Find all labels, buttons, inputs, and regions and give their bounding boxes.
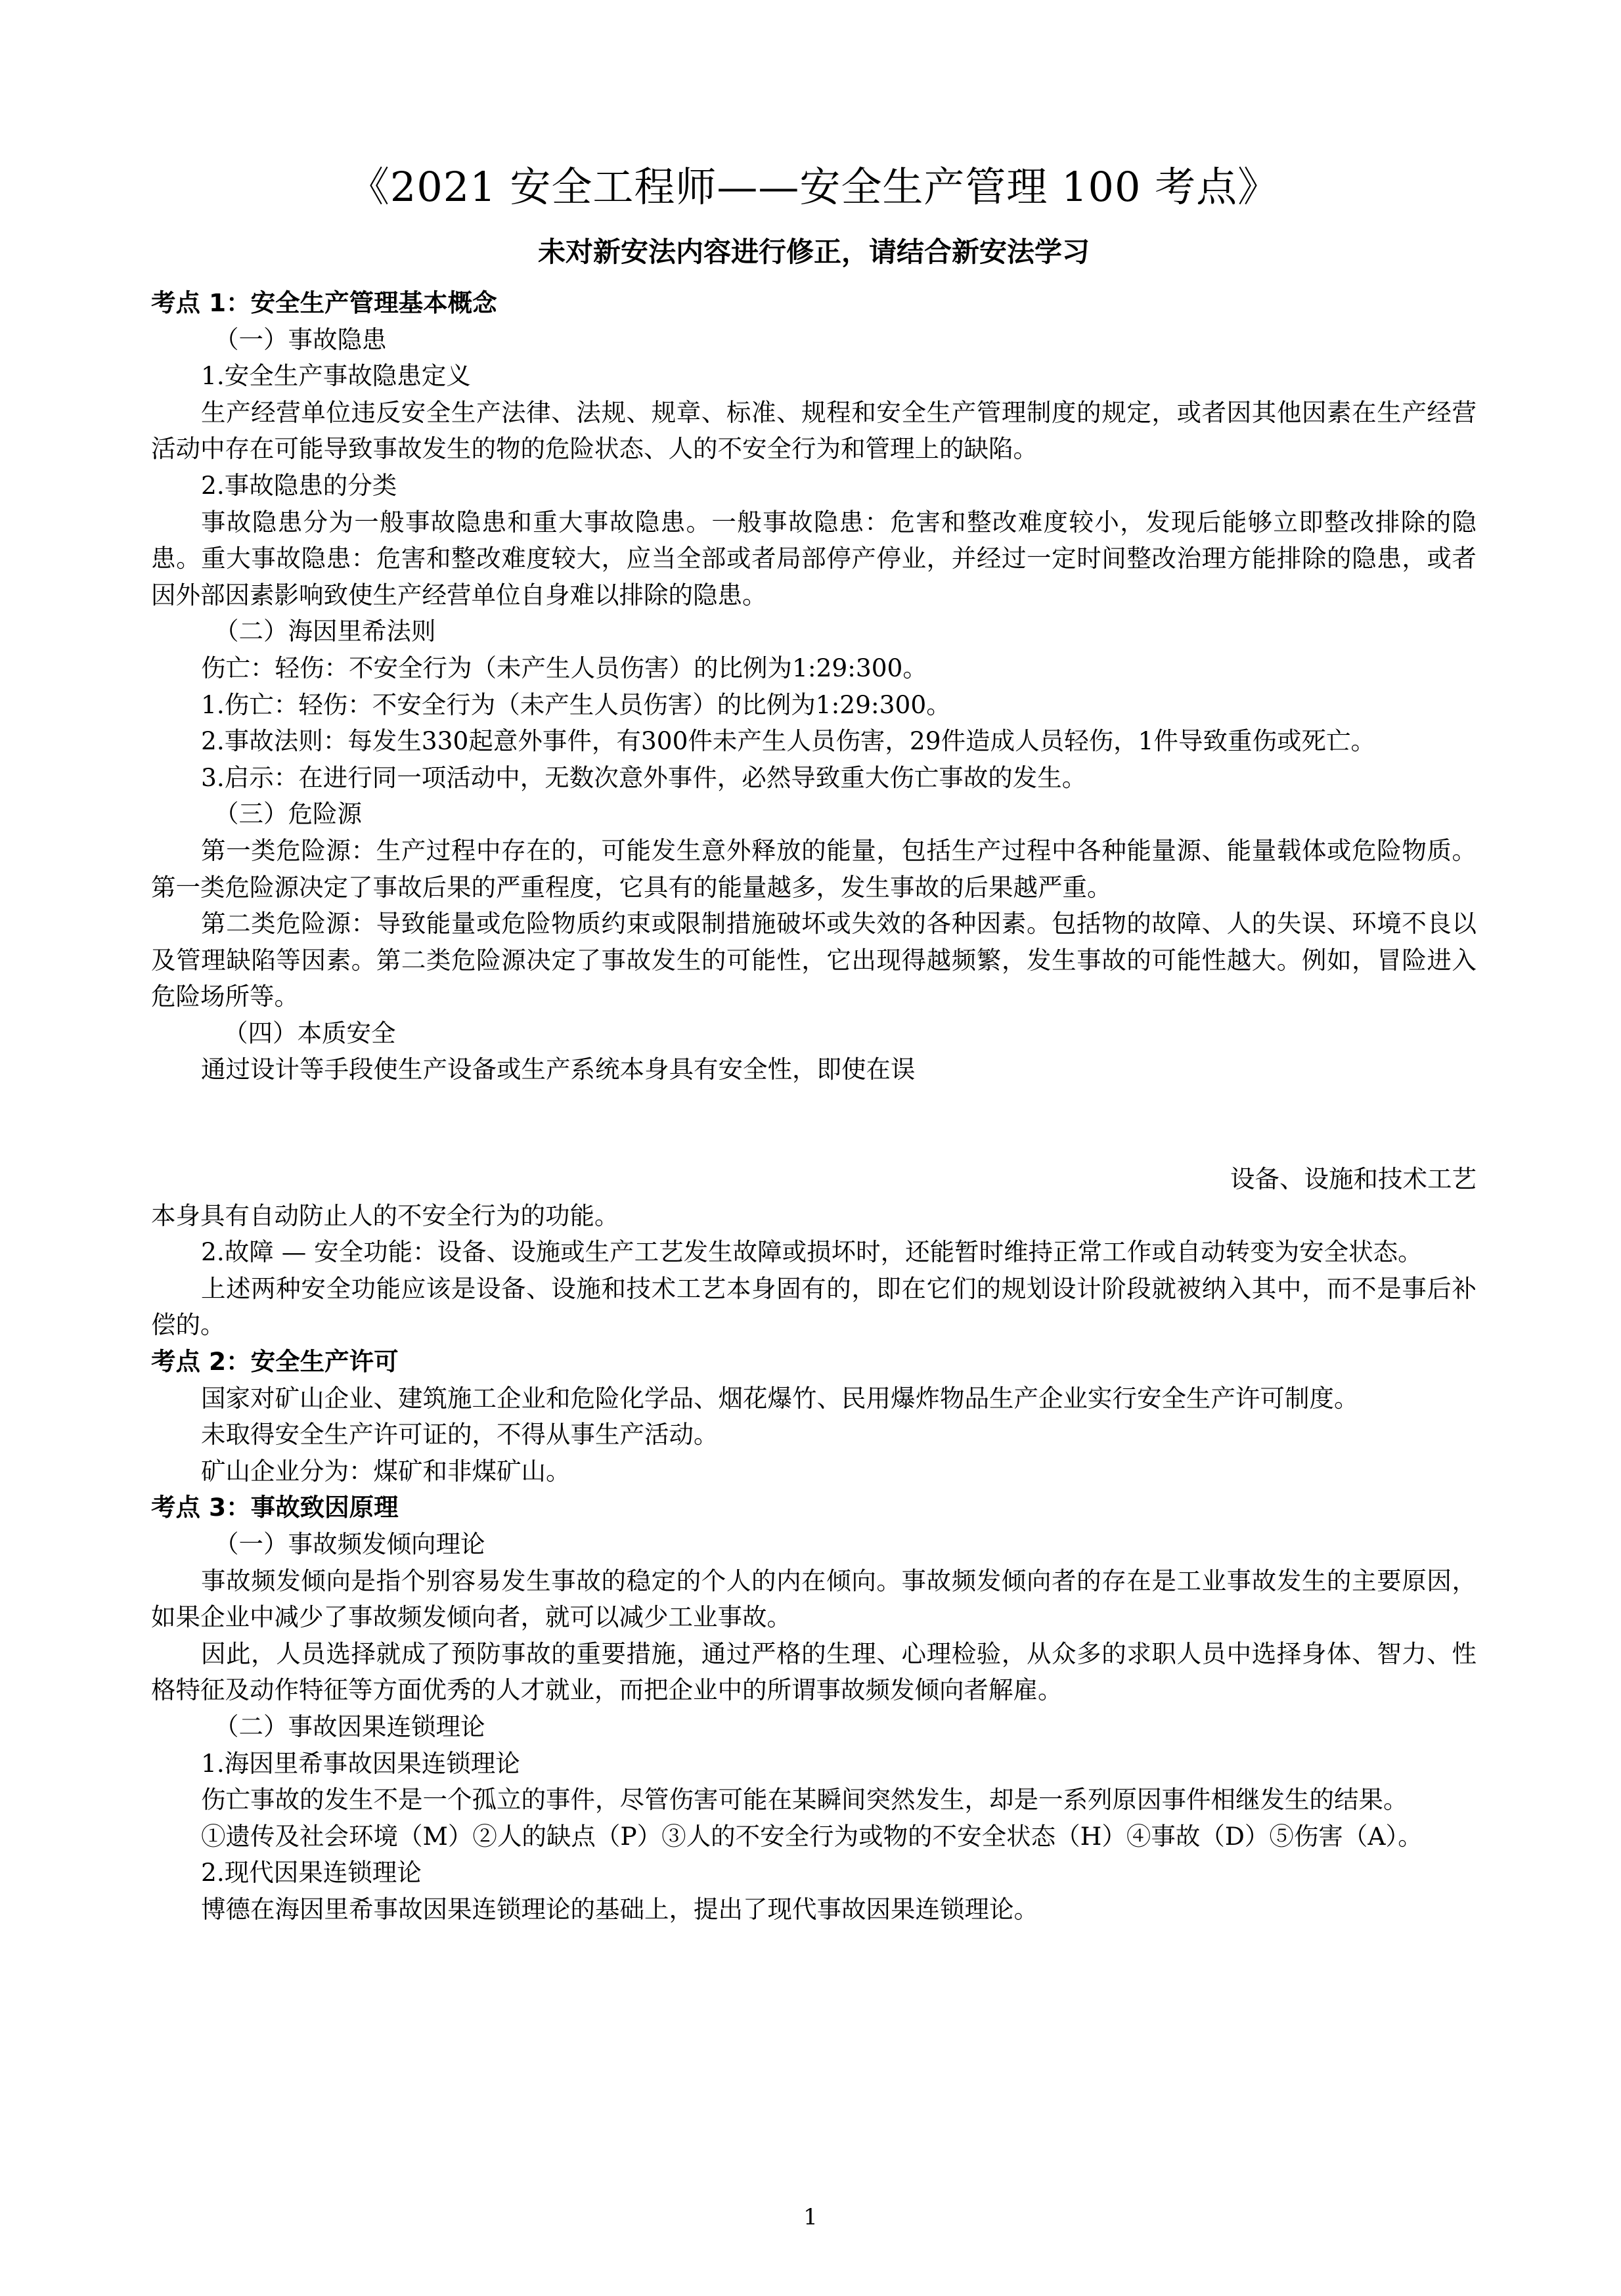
paragraph: 事故频发倾向是指个别容易发生事故的稳定的个人的内在倾向。事故频发倾向者的存在是工… [151, 1563, 1477, 1636]
page-number: 1 [0, 2204, 1621, 2230]
subheading-hazard-source: （三）危险源 [151, 796, 1477, 833]
subheading-heinrich-law: （二）海因里希法则 [151, 613, 1477, 650]
section-heading-2: 考点 2：安全生产许可 [151, 1344, 1477, 1380]
item-definition: 1.安全生产事故隐患定义 [151, 358, 1477, 395]
item-heinrich-chain: 1.海因里希事故因果连锁理论 [151, 1746, 1477, 1782]
list-item: 2.故障 — 安全功能：设备、设施或生产工艺发生故障或损坏时，还能暂时维持正常工… [151, 1234, 1477, 1271]
paragraph: 伤亡事故的发生不是一个孤立的事件，尽管伤害可能在某瞬间突然发生，却是一系列原因事… [151, 1782, 1477, 1819]
paragraph: 未取得安全生产许可证的，不得从事生产活动。 [151, 1417, 1477, 1453]
paragraph: 矿山企业分为：煤矿和非煤矿山。 [151, 1453, 1477, 1490]
blank-gap [151, 1088, 1477, 1161]
document-title: 《2021 安全工程师——安全生产管理 100 考点》 [151, 158, 1477, 217]
subheading-hidden-danger: （一）事故隐患 [151, 322, 1477, 359]
section-heading-3: 考点 3：事故致因原理 [151, 1490, 1477, 1526]
subheading-causation-chain: （二）事故因果连锁理论 [151, 1709, 1477, 1746]
paragraph: 因此，人员选择就成了预防事故的重要措施，通过严格的生理、心理检验，从众多的求职人… [151, 1636, 1477, 1709]
list-item: 2.事故法则：每发生330起意外事件，有300件未产生人员伤害，29件造成人员轻… [151, 723, 1477, 760]
item-modern-chain: 2.现代因果连锁理论 [151, 1855, 1477, 1891]
section-heading-1: 考点 1：安全生产管理基本概念 [151, 285, 1477, 322]
paragraph: 第二类危险源：导致能量或危险物质约束或限制措施破坏或失效的各种因素。包括物的故障… [151, 906, 1477, 1015]
paragraph: ①遗传及社会环境（M）②人的缺点（P）③人的不安全行为或物的不安全状态（H）④事… [151, 1819, 1477, 1855]
paragraph: 事故隐患分为一般事故隐患和重大事故隐患。一般事故隐患：危害和整改难度较小，发现后… [151, 504, 1477, 614]
paragraph: 通过设计等手段使生产设备或生产系统本身具有安全性，即使在误 [151, 1051, 1477, 1088]
paragraph-fragment: 设备、设施和技术工艺 [151, 1161, 1477, 1198]
document-body: 考点 1：安全生产管理基本概念 （一）事故隐患 1.安全生产事故隐患定义 生产经… [151, 285, 1477, 1928]
paragraph: 博德在海因里希事故因果连锁理论的基础上，提出了现代事故因果连锁理论。 [151, 1891, 1477, 1928]
paragraph: 伤亡：轻伤：不安全行为（未产生人员伤害）的比例为1:29:300。 [151, 650, 1477, 687]
item-classification: 2.事故隐患的分类 [151, 468, 1477, 504]
paragraph: 本身具有自动防止人的不安全行为的功能。 [151, 1198, 1477, 1235]
document-subtitle: 未对新安法内容进行修正，请结合新安法学习 [151, 231, 1477, 273]
paragraph: 上述两种安全功能应该是设备、设施和技术工艺本身固有的，即在它们的规划设计阶段就被… [151, 1271, 1477, 1344]
paragraph: 国家对矿山企业、建筑施工企业和危险化学品、烟花爆竹、民用爆炸物品生产企业实行安全… [151, 1380, 1477, 1417]
paragraph: 生产经营单位违反安全生产法律、法规、规章、标准、规程和安全生产管理制度的规定，或… [151, 395, 1477, 468]
paragraph: 第一类危险源：生产过程中存在的，可能发生意外释放的能量，包括生产过程中各种能量源… [151, 833, 1477, 906]
subheading-accident-proneness: （一）事故频发倾向理论 [151, 1526, 1477, 1563]
subheading-intrinsic-safety: （四）本质安全 [151, 1015, 1477, 1052]
list-item: 1.伤亡：轻伤：不安全行为（未产生人员伤害）的比例为1:29:300。 [151, 687, 1477, 724]
list-item: 3.启示：在进行同一项活动中，无数次意外事件，必然导致重大伤亡事故的发生。 [151, 760, 1477, 797]
